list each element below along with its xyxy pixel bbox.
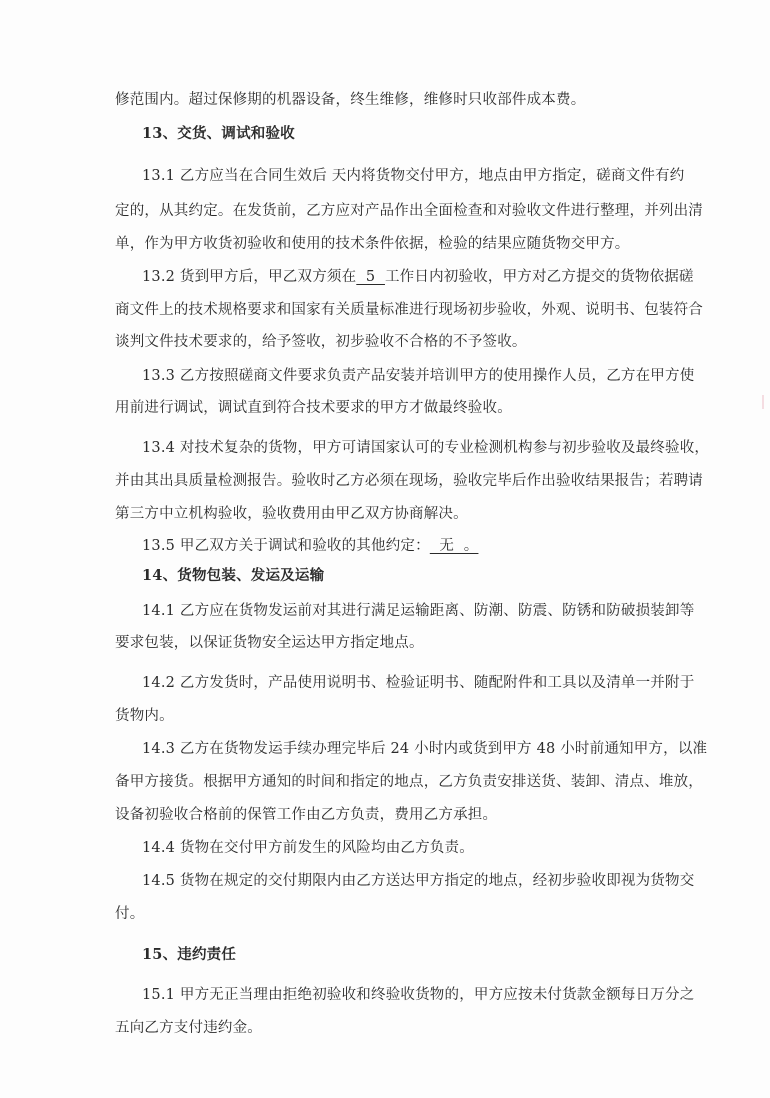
text-line: 14.1 乙方应在货物发运前对其进行满足运输距离、防潮、防震、防锈和防破损装卸等: [142, 601, 697, 621]
text-line: 定的，从其约定。在发货前，乙方应对产品作出全面检查和对验收文件进行整理，并列出清: [115, 201, 670, 221]
text-line: 13.3 乙方按照磋商文件要求负责产品安装并培训甲方的使用操作人员，乙方在甲方使: [142, 366, 697, 386]
text-line: 用前进行调试，调试直到符合技术要求的甲方才做最终验收。: [115, 398, 670, 418]
scan-artifact: [762, 395, 764, 409]
text-line: 谈判文件技术要求的，给予签收，初步验收不合格的不予签收。: [115, 332, 670, 352]
text-line: 要求包装，以保证货物安全运达甲方指定地点。: [115, 633, 670, 653]
text-line: 修范围内。超过保修期的机器设备，终生维修，维修时只收部件成本费。: [115, 90, 670, 110]
text-line: 13.5 甲乙双方关于调试和验收的其他约定： 无 。: [142, 536, 697, 556]
text-line: 商文件上的技术规格要求和国家有关质量标准进行现场初步验收，外观、说明书、包装符合: [115, 300, 670, 320]
text-segment: 工作日内初验收，甲方对乙方提交的货物依据磋: [385, 269, 694, 285]
text-line: 13.1 乙方应当在合同生效后 天内将货物交付甲方，地点由甲方指定，磋商文件有约: [142, 166, 697, 186]
text-line: 14.4 货物在交付甲方前发生的风险均由乙方负责。: [142, 838, 697, 858]
text-line: 五向乙方支付违约金。: [115, 1018, 670, 1038]
document-page: 修范围内。超过保修期的机器设备，终生维修，维修时只收部件成本费。 13、交货、调…: [0, 0, 770, 1098]
text-line: 单，作为甲方收货初验收和使用的技术条件依据，检验的结果应随货物交甲方。: [115, 234, 670, 254]
text-line: 15.1 甲方无正当理由拒绝初验收和终验收货物的，甲方应按未付货款金额每日万分之: [142, 985, 697, 1005]
text-line: 14.3 乙方在货物发运手续办理完毕后 24 小时内或货到甲方 48 小时前通知…: [142, 739, 697, 759]
text-segment: 13.5 甲乙双方关于调试和验收的其他约定：: [142, 538, 430, 554]
text-line: 设备初验收合格前的保管工作由乙方负责，费用乙方承担。: [115, 805, 670, 825]
section-heading-13: 13、交货、调试和验收: [142, 124, 697, 144]
fill-in-other-agreement: 无 。: [430, 538, 479, 554]
text-line: 货物内。: [115, 706, 670, 726]
text-segment: 13.2 货到甲方后，甲乙双方须在: [142, 269, 356, 285]
fill-in-days: 5: [356, 269, 385, 285]
section-heading-14: 14、货物包装、发运及运输: [142, 566, 697, 586]
text-line: 13.4 对技术复杂的货物，甲方可请国家认可的专业检测机构参与初步验收及最终验收…: [142, 438, 697, 458]
section-heading-15: 15、违约责任: [142, 945, 697, 965]
text-line: 备甲方接货。根据甲方通知的时间和指定的地点，乙方负责安排送货、装卸、清点、堆放，: [115, 772, 670, 792]
text-line: 付。: [115, 904, 670, 924]
text-line: 13.2 货到甲方后，甲乙双方须在 5 工作日内初验收，甲方对乙方提交的货物依据…: [142, 267, 697, 287]
text-line: 并由其出具质量检测报告。验收时乙方必须在现场，验收完毕后作出验收结果报告；若聘请: [115, 471, 670, 491]
text-line: 14.2 乙方发货时，产品使用说明书、检验证明书、随配附件和工具以及清单一并附于: [142, 673, 697, 693]
text-line: 第三方中立机构验收，验收费用由甲乙双方协商解决。: [115, 504, 670, 524]
text-line: 14.5 货物在规定的交付期限内由乙方送达甲方指定的地点，经初步验收即视为货物交: [142, 871, 697, 891]
